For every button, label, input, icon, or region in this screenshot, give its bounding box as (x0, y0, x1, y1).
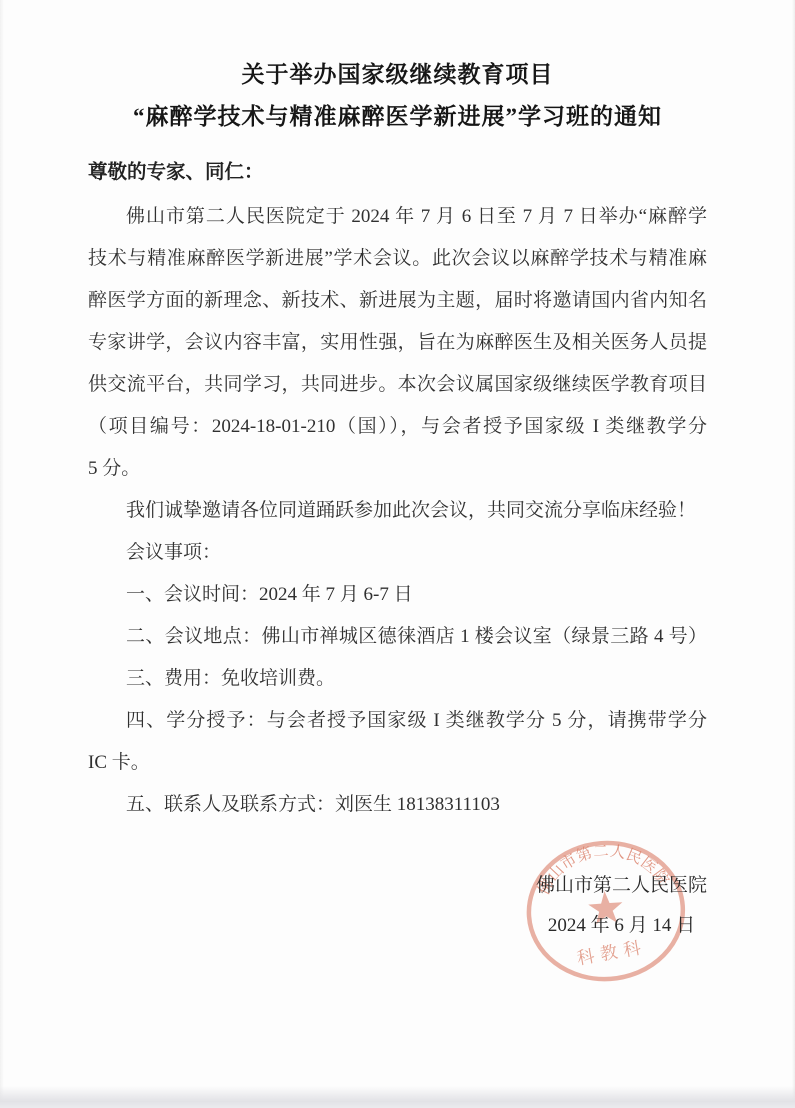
body-line: （项目编号：2024-18-01-210（国）），与会者授予国家级 I 类继教学… (88, 406, 707, 448)
body-line: 供交流平台，共同学习，共同进步。本次会议属国家级继续医学教育项目 (88, 364, 707, 406)
salutation: 尊敬的专家、同仁： (88, 158, 264, 188)
body-line: 五、联系人及联系方式：刘医生 18138311103 (88, 784, 707, 826)
signature-org: 佛山市第二人民医院 (536, 866, 707, 906)
body-line: 佛山市第二人民医院定于 2024 年 7 月 6 日至 7 月 7 日举办“麻醉… (88, 196, 707, 238)
body-line: 技术与精准麻醉医学新进展”学术会议。此次会议以麻醉学技术与精准麻 (88, 238, 707, 280)
body-line: 我们诚挚邀请各位同道踊跃参加此次会议，共同交流分享临床经验！ (88, 490, 707, 532)
document-title-line-1: 关于举办国家级继续教育项目 (88, 58, 707, 92)
document-content: 关于举办国家级继续教育项目 “麻醉学技术与精准麻醉医学新进展”学习班的通知 尊敬… (88, 0, 707, 1108)
body-line: IC 卡。 (88, 742, 707, 784)
body-text: 佛山市第二人民医院定于 2024 年 7 月 6 日至 7 月 7 日举办“麻醉… (88, 196, 707, 826)
body-line: 会议事项： (88, 532, 707, 574)
signature-block: 佛山市第二人民医院 2024 年 6 月 14 日 (536, 866, 707, 946)
body-line: 三、费用：免收培训费。 (88, 658, 707, 700)
signature-date: 2024 年 6 月 14 日 (536, 906, 707, 946)
scan-shadow-bottom (0, 1086, 795, 1108)
body-line: 二、会议地点：佛山市禅城区德徕酒店 1 楼会议室（绿景三路 4 号） (88, 616, 707, 658)
body-line: 专家讲学，会议内容丰富，实用性强，旨在为麻醉医生及相关医务人员提 (88, 322, 707, 364)
body-line: 一、会议时间：2024 年 7 月 6-7 日 (88, 574, 707, 616)
document-title-line-2: “麻醉学技术与精准麻醉医学新进展”学习班的通知 (88, 100, 707, 134)
scan-edge-left (0, 0, 4, 1108)
body-line: 醉医学方面的新理念、新技术、新进展为主题，届时将邀请国内省内知名 (88, 280, 707, 322)
body-line: 四、学分授予：与会者授予国家级 I 类继教学分 5 分，请携带学分 (88, 700, 707, 742)
body-line: 5 分。 (88, 448, 707, 490)
document-page: 佛山市第二人民医院 科教科 关于举办国家级继续教育项目 “麻醉学技术与精准麻醉医… (0, 0, 795, 1108)
